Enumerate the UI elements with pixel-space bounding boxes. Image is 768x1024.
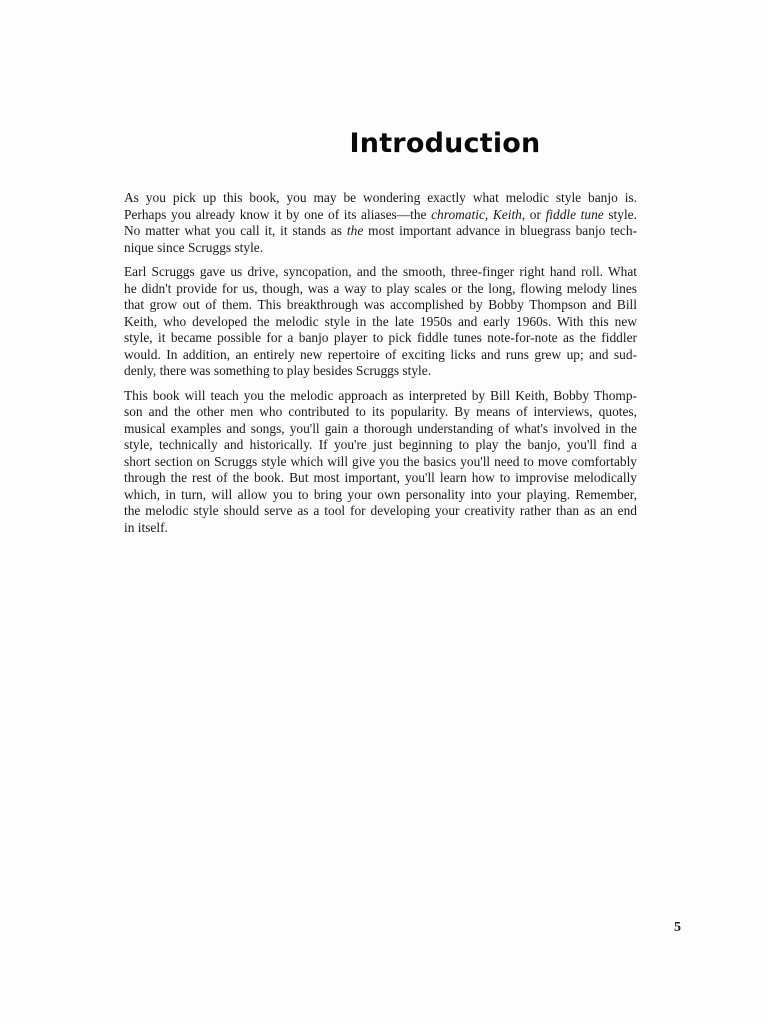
text-line: that grow out of them. This breakthrough…: [124, 297, 637, 314]
text-run: style, it became possible for a banjo pl…: [124, 330, 637, 345]
text-run: that grow out of them. This breakthrough…: [124, 297, 637, 312]
text-run: nique since Scruggs style.: [124, 240, 263, 255]
text-run: he didn't provide for us, though, was a …: [124, 281, 637, 296]
text-run: through the rest of the book. But most i…: [124, 470, 637, 485]
text-run: musical examples and songs, you'll gain …: [124, 421, 637, 436]
text-run: would. In addition, an entirely new repe…: [124, 347, 637, 362]
text-line: Earl Scruggs gave us drive, syncopation,…: [124, 264, 637, 281]
text-run: This book will teach you the melodic app…: [124, 388, 637, 403]
text-line: son and the other men who contributed to…: [124, 404, 637, 421]
paragraph: As you pick up this book, you may be won…: [124, 190, 637, 256]
text-run: No matter what you call it, it stands as: [124, 223, 347, 238]
text-line: No matter what you call it, it stands as…: [124, 223, 637, 240]
text-run: Earl Scruggs gave us drive, syncopation,…: [124, 264, 637, 279]
text-run: Keith, who developed the melodic style i…: [124, 314, 637, 329]
text-line: musical examples and songs, you'll gain …: [124, 421, 637, 438]
text-run: , or: [522, 207, 546, 222]
body-text: As you pick up this book, you may be won…: [124, 190, 637, 544]
text-run: in itself.: [124, 520, 168, 535]
book-page: Introduction As you pick up this book, y…: [0, 0, 768, 1024]
text-run: short section on Scruggs style which wil…: [124, 454, 637, 469]
text-line: As you pick up this book, you may be won…: [124, 190, 637, 207]
text-line: This book will teach you the melodic app…: [124, 388, 637, 405]
text-run: most important advance in bluegrass banj…: [363, 223, 637, 238]
text-line: the melodic style should serve as a tool…: [124, 503, 637, 520]
text-run: son and the other men who contributed to…: [124, 404, 637, 419]
page-number: 5: [674, 920, 681, 936]
text-line: style, technically and historically. If …: [124, 437, 637, 454]
italic-text: the: [347, 223, 363, 238]
paragraph: This book will teach you the melodic app…: [124, 388, 637, 537]
text-line: denly, there was something to play besid…: [124, 363, 637, 380]
text-run: style, technically and historically. If …: [124, 437, 637, 452]
text-line: nique since Scruggs style.: [124, 240, 637, 257]
text-line: in itself.: [124, 520, 637, 537]
text-line: through the rest of the book. But most i…: [124, 470, 637, 487]
text-run: which, in turn, will allow you to bring …: [124, 487, 637, 502]
italic-text: chromatic, Keith: [431, 207, 522, 222]
text-line: he didn't provide for us, though, was a …: [124, 281, 637, 298]
italic-text: fiddle tune: [546, 207, 604, 222]
text-run: the melodic style should serve as a tool…: [124, 503, 637, 518]
text-line: would. In addition, an entirely new repe…: [124, 347, 637, 364]
text-run: style.: [604, 207, 637, 222]
text-run: Perhaps you already know it by one of it…: [124, 207, 431, 222]
text-line: Keith, who developed the melodic style i…: [124, 314, 637, 331]
page-title: Introduction: [0, 128, 768, 159]
text-run: As you pick up this book, you may be won…: [124, 190, 637, 205]
text-line: Perhaps you already know it by one of it…: [124, 207, 637, 224]
text-line: short section on Scruggs style which wil…: [124, 454, 637, 471]
text-line: which, in turn, will allow you to bring …: [124, 487, 637, 504]
text-line: style, it became possible for a banjo pl…: [124, 330, 637, 347]
paragraph: Earl Scruggs gave us drive, syncopation,…: [124, 264, 637, 380]
text-run: denly, there was something to play besid…: [124, 363, 431, 378]
